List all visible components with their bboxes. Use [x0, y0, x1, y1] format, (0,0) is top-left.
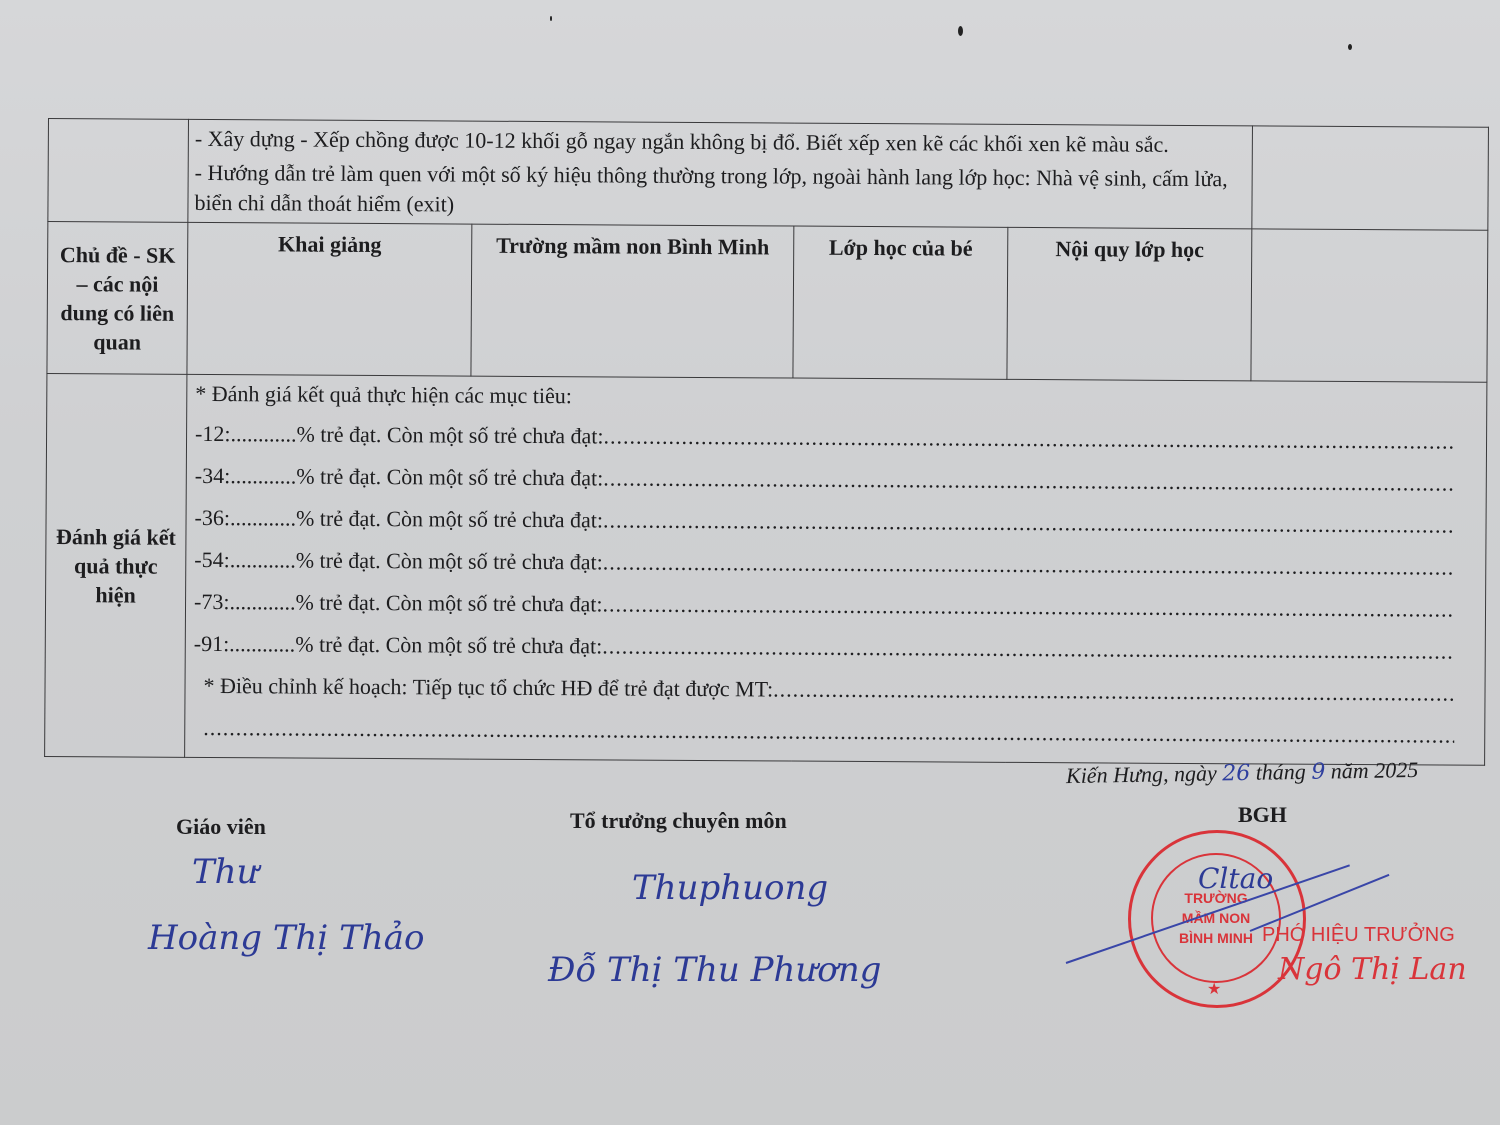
- item-text: % trẻ đạt. Còn một số trẻ chưa đạt:: [295, 630, 602, 662]
- paper-speck: [958, 26, 963, 36]
- item-text: % trẻ đạt. Còn một số trẻ chưa đạt:: [295, 588, 602, 620]
- stamp-line: BÌNH MINH: [1179, 928, 1253, 948]
- fill-in-dots-line: ........................................…: [193, 713, 1454, 761]
- head-title: Tổ trưởng chuyên môn: [570, 808, 787, 834]
- item-code: 34: [202, 461, 224, 491]
- topics-row: Chủ đề - SK – các nội dung có liên quan …: [47, 222, 1488, 383]
- star-icon: ★: [1207, 979, 1221, 999]
- percent-blank: :............: [223, 587, 295, 617]
- topic-empty: [1251, 229, 1488, 382]
- plan-table: - Xây dựng - Xếp chồng được 10-12 khối g…: [44, 118, 1489, 766]
- fill-in-dots: ........................................…: [603, 421, 1456, 456]
- topic-khai-giang: Khai giảng: [187, 222, 472, 376]
- date-day: 26: [1222, 761, 1250, 786]
- date-year: năm 2025: [1331, 757, 1419, 784]
- topic-truong-mam-non: Trường mầm non Bình Minh: [471, 224, 794, 378]
- board-title: BGH: [1238, 802, 1287, 828]
- fill-in-dots: ........................................…: [603, 463, 1456, 498]
- date-month-label: tháng: [1255, 759, 1306, 785]
- item-code: 36: [202, 503, 224, 533]
- objectives-row: - Xây dựng - Xếp chồng được 10-12 khối g…: [48, 119, 1489, 231]
- teacher-name: Hoàng Thị Thảo: [148, 918, 424, 958]
- fill-in-dots: ........................................…: [603, 505, 1456, 540]
- percent-blank: :............: [224, 545, 296, 575]
- percent-blank: :............: [224, 419, 296, 449]
- item-text: % trẻ đạt. Còn một số trẻ chưa đạt:: [296, 546, 603, 578]
- objectives-cell: - Xây dựng - Xếp chồng được 10-12 khối g…: [188, 119, 1253, 228]
- date-line: Kiến Hưng, ngày 26 tháng 9 năm 2025: [1066, 757, 1419, 789]
- board-role: PHÓ HIỆU TRƯỞNG: [1262, 924, 1455, 947]
- evaluation-cell: * Đánh giá kết quả thực hiện các mục tiê…: [185, 374, 1487, 765]
- item-code: 12: [202, 419, 224, 449]
- evaluation-label: Đánh giá kết quả thực hiện: [45, 373, 187, 757]
- topic-lop-hoc: Lớp học của bé: [793, 226, 1008, 379]
- percent-blank: :............: [223, 629, 295, 659]
- paper-speck: [1348, 44, 1352, 50]
- item-code: 73: [201, 587, 223, 617]
- empty-cell: [1252, 126, 1489, 230]
- fill-in-dots: ........................................…: [773, 674, 1455, 708]
- topics-label: Chủ đề - SK – các nội dung có liên quan: [47, 222, 188, 375]
- topic-noi-quy: Nội quy lớp học: [1007, 227, 1252, 380]
- item-text: % trẻ đạt. Còn một số trẻ chưa đạt:: [296, 504, 603, 536]
- item-code: 91: [201, 629, 223, 659]
- item-text: % trẻ đạt. Còn một số trẻ chưa đạt:: [296, 420, 603, 452]
- date-month: 9: [1311, 760, 1325, 785]
- empty-label-cell: [48, 119, 189, 223]
- board-signature: Cltao: [1198, 862, 1273, 895]
- fill-in-dots: ........................................…: [603, 547, 1456, 582]
- fill-in-dots: ........................................…: [602, 589, 1455, 624]
- item-text: % trẻ đạt. Còn một số trẻ chưa đạt:: [296, 462, 603, 494]
- fill-in-dots: ........................................…: [602, 631, 1455, 666]
- board-name: Ngô Thị Lan: [1278, 952, 1467, 987]
- objective-line: - Xây dựng - Xếp chồng được 10-12 khối g…: [195, 124, 1244, 160]
- head-name: Đỗ Thị Thu Phương: [548, 950, 881, 990]
- paper-speck: [550, 16, 552, 21]
- objective-line: - Hướng dẫn trẻ làm quen với một số ký h…: [194, 158, 1243, 224]
- head-signature: Thuphuong: [632, 868, 828, 908]
- percent-blank: :............: [224, 461, 296, 491]
- teacher-title: Giáo viên: [176, 814, 266, 840]
- percent-blank: :............: [224, 503, 296, 533]
- teacher-signature: Thư: [192, 852, 258, 892]
- adjustment-text: * Điều chỉnh kế hoạch: Tiếp tục tổ chức …: [203, 671, 773, 704]
- date-prefix: Kiến Hưng, ngày: [1066, 760, 1217, 788]
- item-code: 54: [202, 545, 224, 575]
- evaluation-row: Đánh giá kết quả thực hiện * Đánh giá kế…: [45, 373, 1487, 765]
